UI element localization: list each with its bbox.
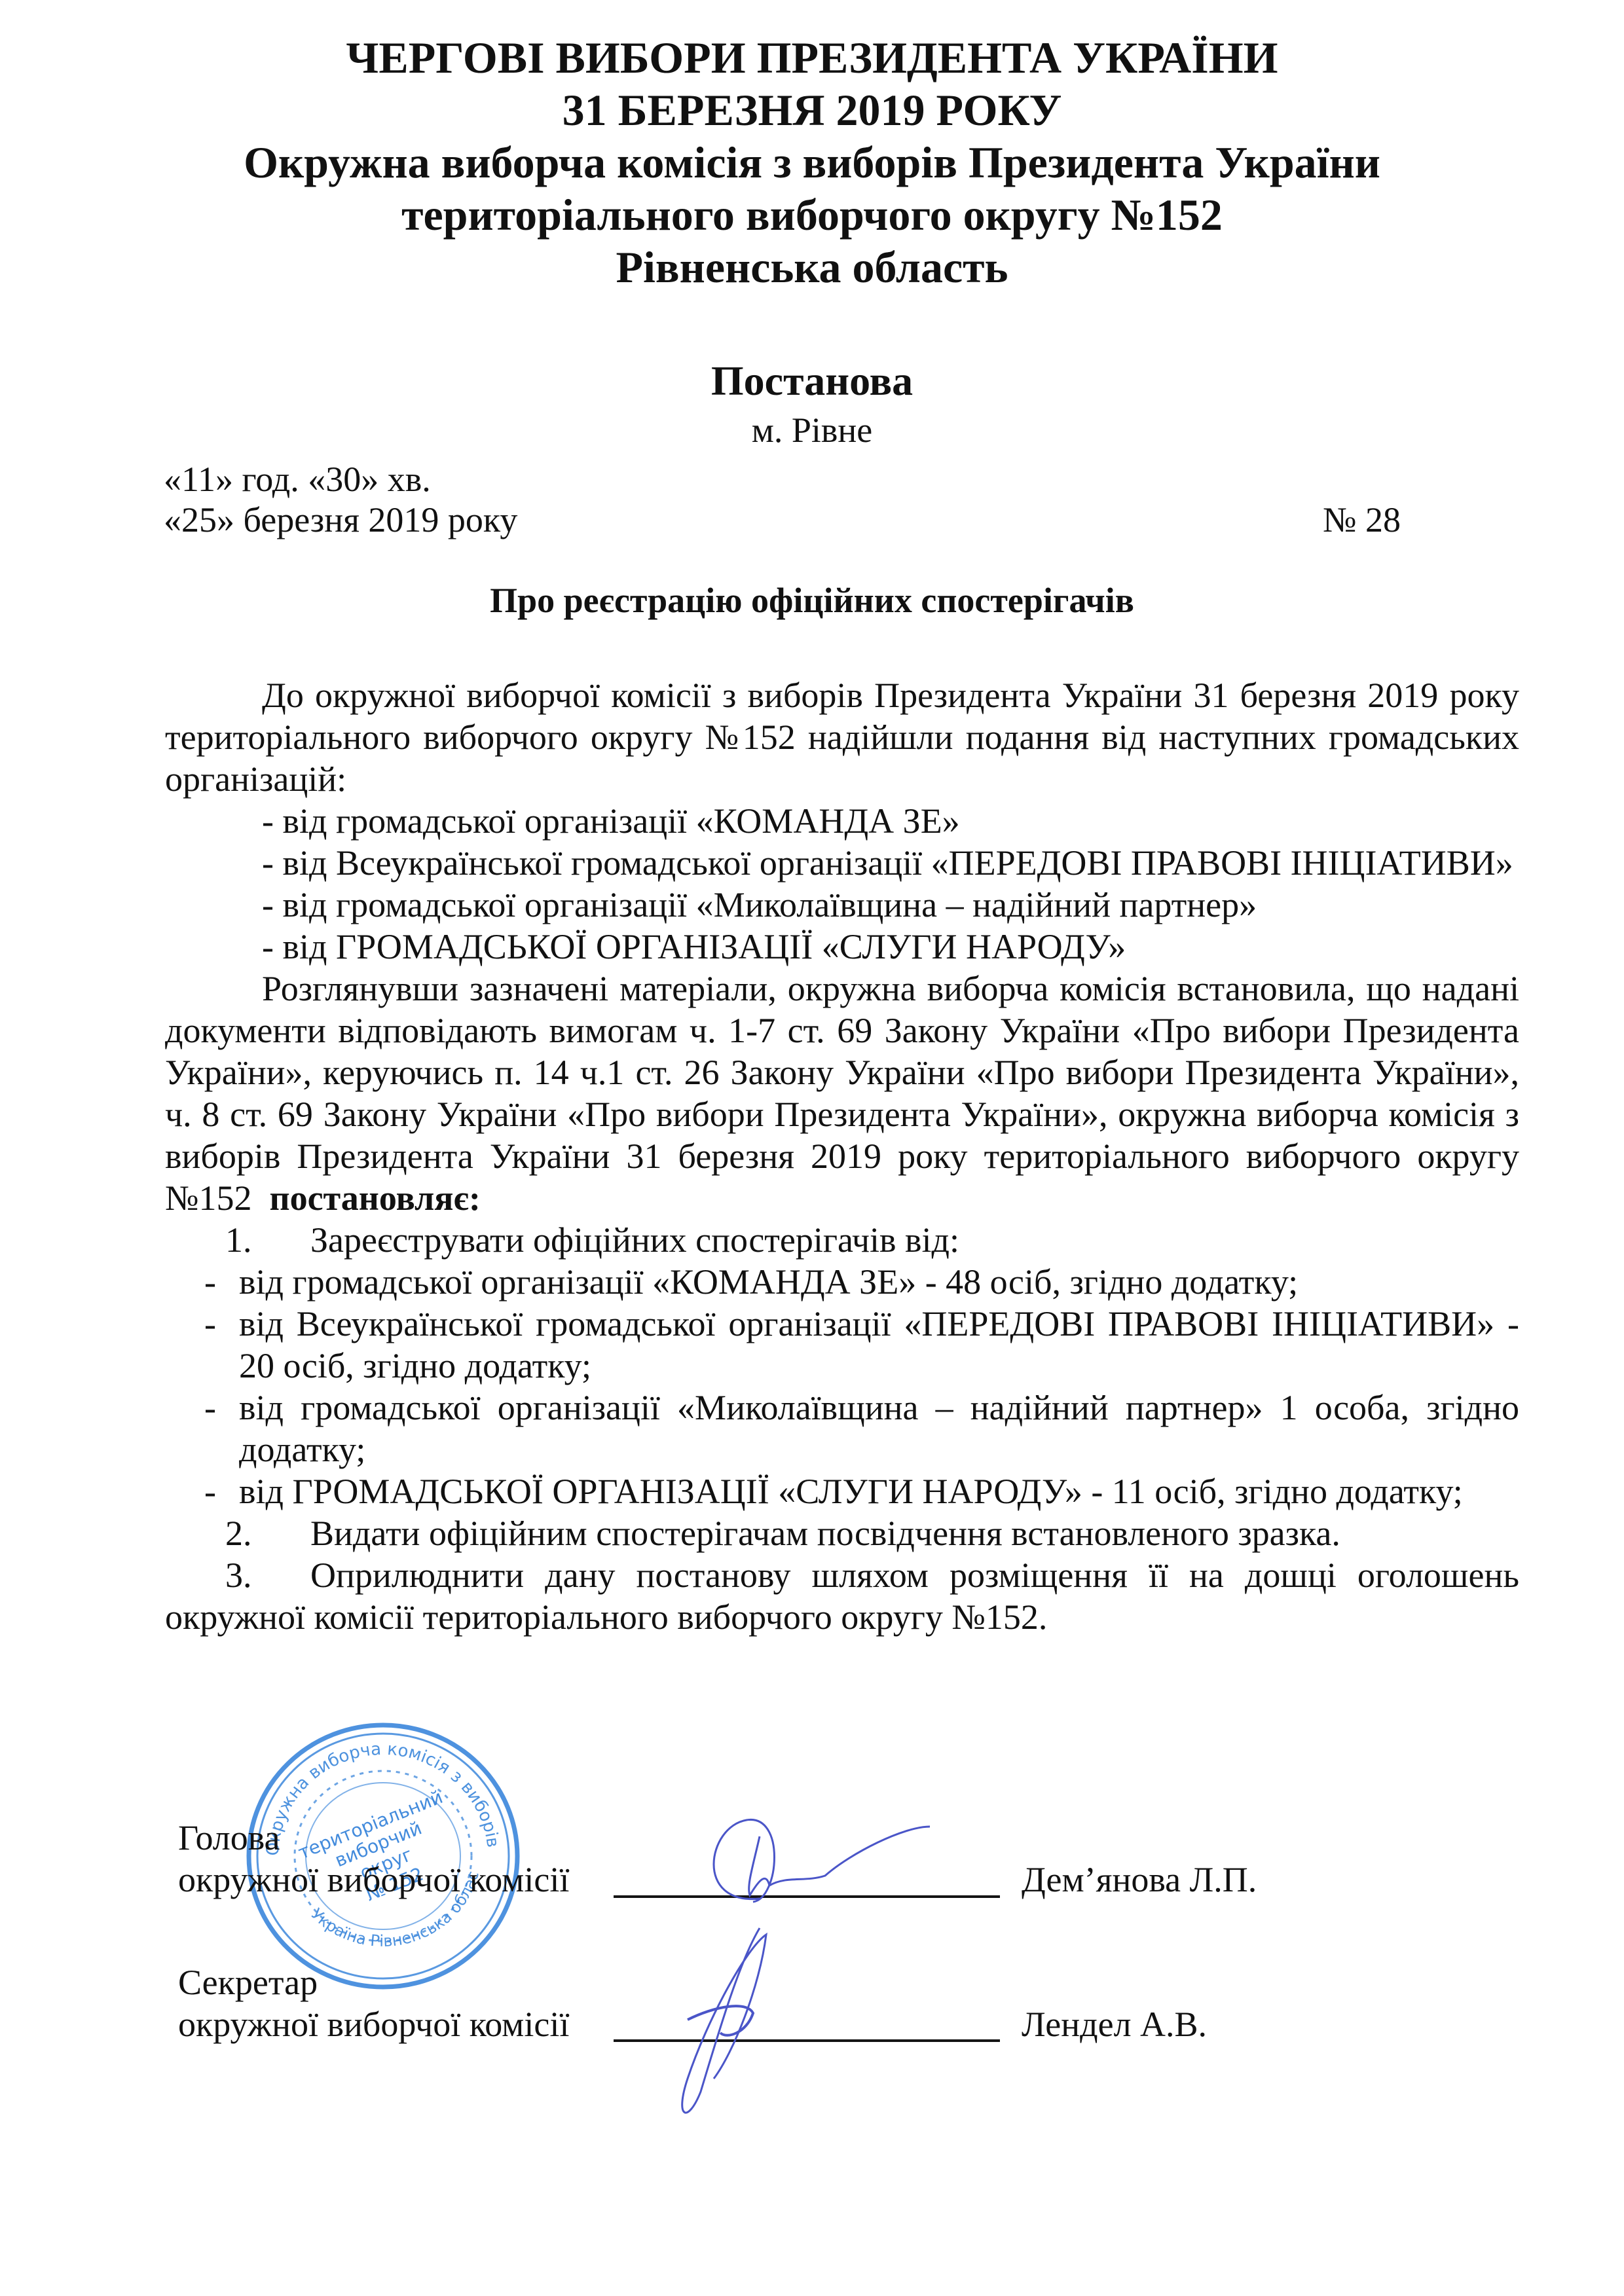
secretary-signature-icon bbox=[661, 1922, 858, 2131]
decision-text: Зареєструвати офіційних спостерігачів ві… bbox=[310, 1220, 959, 1260]
considering-paragraph: Розглянувши зазначені матеріали, окружна… bbox=[165, 968, 1519, 1219]
decision-item-1: 1. Зареєструвати офіційних спостерігачів… bbox=[165, 1219, 1519, 1261]
dash-bullet: - bbox=[204, 1303, 216, 1345]
registration-text: від ГРОМАДСЬКОЇ ОРГАНІЗАЦІЇ «СЛУГИ НАРОД… bbox=[239, 1472, 1463, 1511]
registration-text: від громадської організації «Миколаївщин… bbox=[239, 1388, 1519, 1469]
registration-item: -від громадської організації «Миколаївщи… bbox=[165, 1387, 1519, 1470]
submission-item: - від громадської організації «КОМАНДА З… bbox=[165, 800, 1519, 842]
header-line-date: 31 БЕРЕЗНЯ 2019 РОКУ bbox=[0, 84, 1624, 136]
resolves-label: постановляє: bbox=[270, 1178, 481, 1218]
document-type: Постанова bbox=[0, 357, 1624, 405]
registration-item: -від Всеукраїнської громадської організа… bbox=[165, 1303, 1519, 1387]
intro-paragraph: До окружної виборчої комісії з виборів П… bbox=[165, 674, 1519, 800]
secretary-role-title: Секретар bbox=[178, 1961, 318, 2003]
chair-role-body: окружної виборчої комісії bbox=[178, 1859, 569, 1901]
dash-bullet: - bbox=[204, 1261, 216, 1303]
registration-item: -від громадської організації «КОМАНДА ЗЕ… bbox=[165, 1261, 1519, 1303]
document-subject: Про реєстрацію офіційних спостерігачів bbox=[0, 579, 1624, 621]
submission-item: - від Всеукраїнської громадської організ… bbox=[165, 842, 1519, 884]
decision-text: Оприлюднити дану постанову шляхом розміщ… bbox=[165, 1556, 1519, 1637]
submission-item: - від громадської організації «Миколаївщ… bbox=[165, 884, 1519, 926]
decision-number: 3. bbox=[225, 1554, 252, 1596]
decision-number: 1. bbox=[225, 1219, 252, 1261]
decision-number: 2. bbox=[225, 1512, 252, 1554]
header-line-region: Рівненська область bbox=[0, 241, 1624, 293]
dash-bullet: - bbox=[204, 1387, 216, 1429]
header-line-commission: Окружна виборча комісія з виборів Презид… bbox=[0, 136, 1624, 189]
chair-signature-icon bbox=[655, 1813, 1074, 1918]
decision-item-2: 2. Видати офіційним спостерігачам посвід… bbox=[165, 1512, 1519, 1554]
submission-item: - від ГРОМАДСЬКОЇ ОРГАНІЗАЦІЇ «СЛУГИ НАР… bbox=[165, 926, 1519, 968]
header-line-elections: ЧЕРГОВІ ВИБОРИ ПРЕЗИДЕНТА УКРАЇНИ bbox=[0, 31, 1624, 84]
document-body: До окружної виборчої комісії з виборів П… bbox=[165, 674, 1519, 1638]
chair-role-title: Голова bbox=[178, 1817, 280, 1859]
document-date: «25» березня 2019 року bbox=[164, 499, 517, 541]
decision-text: Видати офіційним спостерігачам посвідчен… bbox=[310, 1514, 1340, 1553]
secretary-name: Лендел А.В. bbox=[1022, 2003, 1207, 2045]
dash-bullet: - bbox=[204, 1470, 216, 1512]
document-city: м. Рівне bbox=[0, 409, 1624, 451]
official-stamp-icon: Окружна виборча комісія з виборів Презид… bbox=[242, 1719, 524, 1994]
header-line-district: територіального виборчого округу №152 bbox=[0, 189, 1624, 241]
registration-text: від Всеукраїнської громадської організац… bbox=[239, 1304, 1519, 1385]
document-time: «11» год. «30» хв. bbox=[164, 458, 431, 500]
document-number: № 28 bbox=[1323, 499, 1401, 541]
registration-text: від громадської організації «КОМАНДА ЗЕ»… bbox=[239, 1262, 1298, 1302]
registration-item: -від ГРОМАДСЬКОЇ ОРГАНІЗАЦІЇ «СЛУГИ НАРО… bbox=[165, 1470, 1519, 1512]
decision-item-3: 3.Оприлюднити дану постанову шляхом розм… bbox=[165, 1554, 1519, 1638]
secretary-role-body: окружної виборчої комісії bbox=[178, 2003, 569, 2045]
